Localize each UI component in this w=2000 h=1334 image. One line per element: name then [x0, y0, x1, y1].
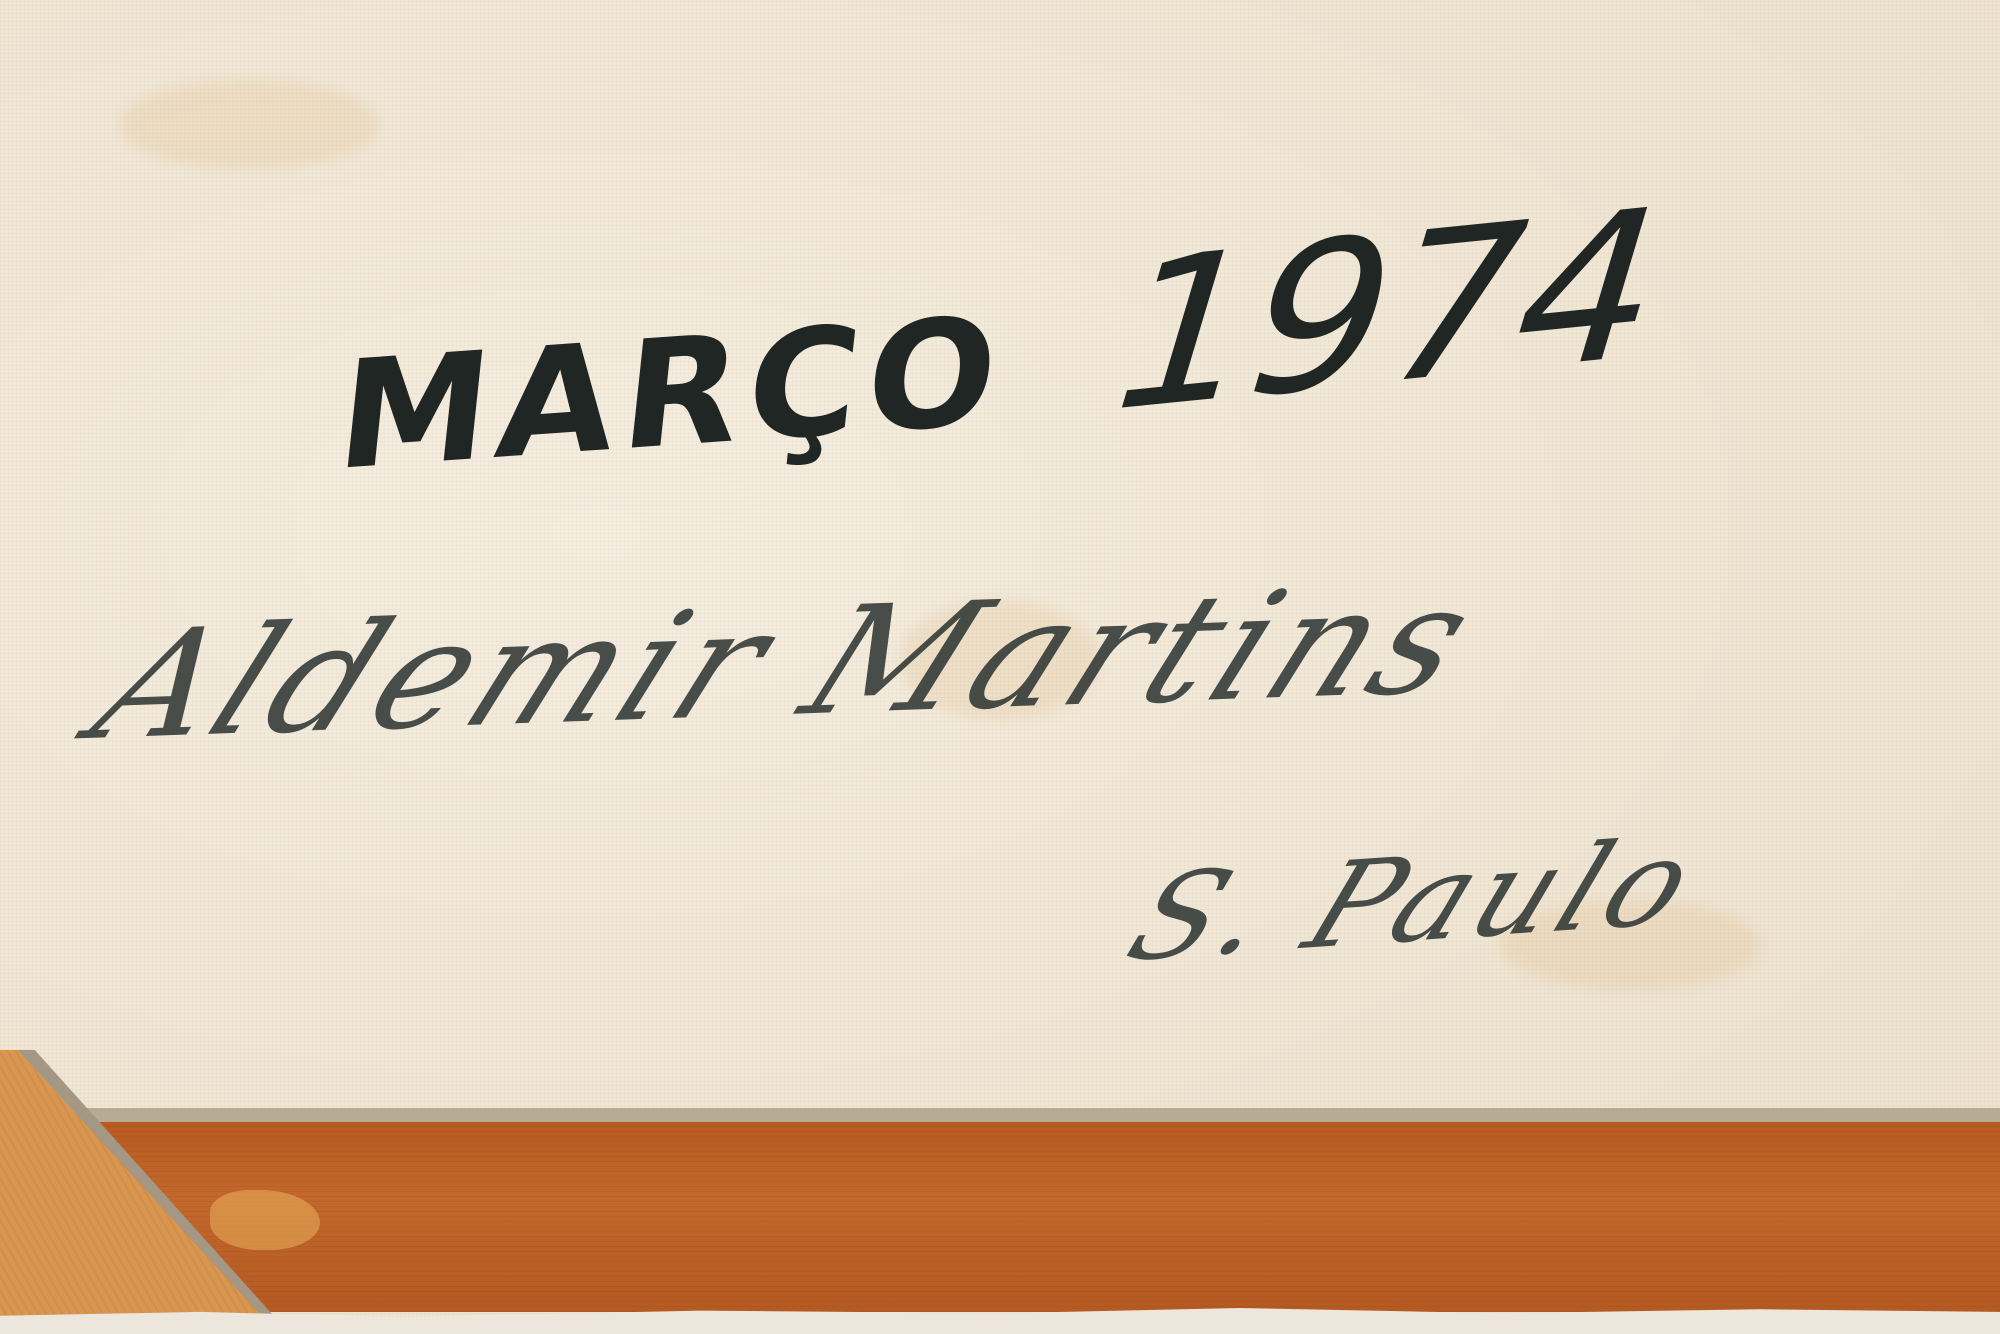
- stain: [120, 80, 380, 170]
